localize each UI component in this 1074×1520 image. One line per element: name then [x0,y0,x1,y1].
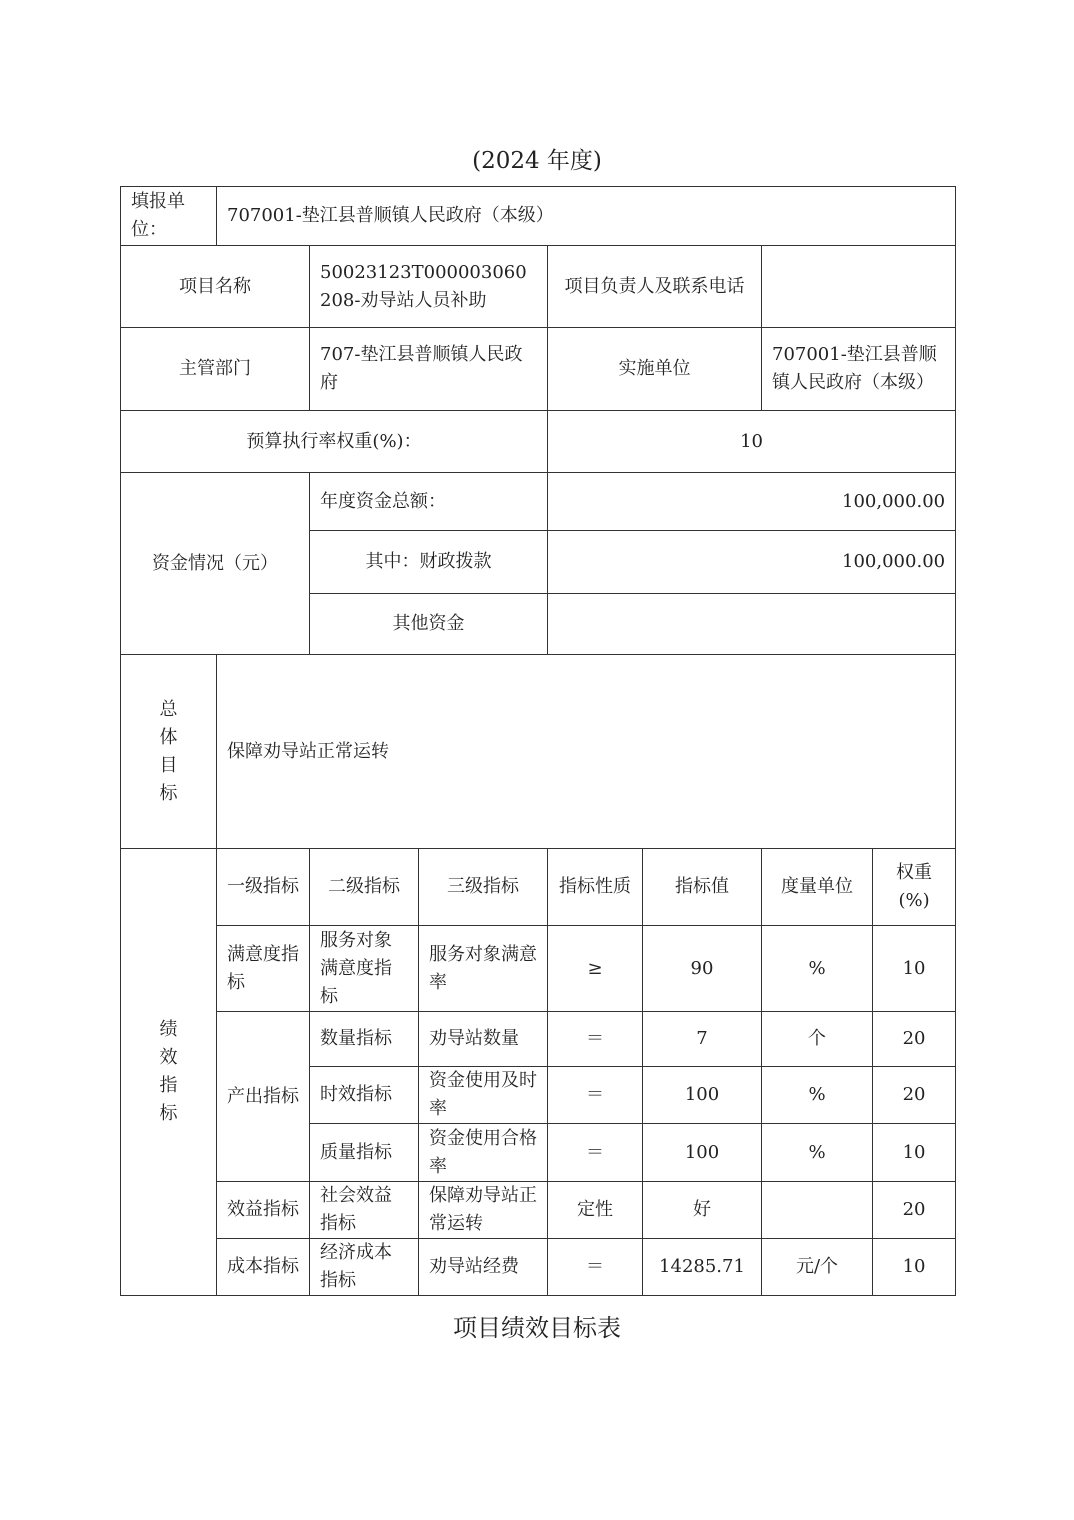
header-l1: 一级指标 [217,849,310,926]
contact-value [762,246,956,328]
department-value: 707-垫江县普顺镇人民政府 [310,328,548,411]
cell-nature: ＝ [548,1124,643,1182]
table-caption: 项目绩效目标表 [0,1308,1074,1343]
table-row: 效益指标 社会效益指标 保障劝导站正常运转 定性 好 20 [121,1182,956,1239]
cell-nature: ≥ [548,926,643,1012]
cell-l3: 保障劝导站正常运转 [419,1182,548,1239]
project-name-value: 50023123T000003060208-劝导站人员补助 [310,246,548,328]
cell-nature: ＝ [548,1239,643,1296]
cell-l2: 时效指标 [310,1067,419,1124]
overall-goal-row: 总体目标 保障劝导站正常运转 [121,655,956,849]
cell-nature: ＝ [548,1012,643,1067]
cell-l1: 产出指标 [217,1012,310,1182]
performance-header-row: 绩效指标 一级指标 二级指标 三级指标 指标性质 指标值 度量单位 权重(%) [121,849,956,926]
table-row: 成本指标 经济成本指标 劝导站经费 ＝ 14285.71 元/个 10 [121,1239,956,1296]
cell-l3: 劝导站数量 [419,1012,548,1067]
cell-value: 14285.71 [643,1239,762,1296]
department-row: 主管部门 707-垫江县普顺镇人民政府 实施单位 707001-垫江县普顺镇人民… [121,328,956,411]
funds-fiscal-value: 100,000.00 [548,531,956,594]
cell-weight: 20 [873,1182,956,1239]
funds-total-value: 100,000.00 [548,473,956,531]
filing-unit-label: 填报单位： [121,187,217,246]
cell-unit: % [762,926,873,1012]
cell-l2: 经济成本指标 [310,1239,419,1296]
cell-value: 90 [643,926,762,1012]
funds-other-label: 其他资金 [310,594,548,655]
table-row: 满意度指标 服务对象满意度指标 服务对象满意率 ≥ 90 % 10 [121,926,956,1012]
cell-l3: 资金使用及时率 [419,1067,548,1124]
cell-l2: 质量指标 [310,1124,419,1182]
funds-label: 资金情况（元） [121,473,310,655]
filing-unit-value: 707001-垫江县普顺镇人民政府（本级） [217,187,956,246]
header-weight: 权重(%) [873,849,956,926]
budget-weight-row: 预算执行率权重(%)： 10 [121,411,956,473]
cell-weight: 10 [873,926,956,1012]
budget-weight-value: 10 [548,411,956,473]
header-l3: 三级指标 [419,849,548,926]
overall-goal-value: 保障劝导站正常运转 [217,655,956,849]
performance-label: 绩效指标 [160,1016,178,1128]
implementer-label: 实施单位 [548,328,762,411]
cell-l1: 成本指标 [217,1239,310,1296]
cell-l3: 资金使用合格率 [419,1124,548,1182]
cell-value: 100 [643,1067,762,1124]
cell-l3: 服务对象满意率 [419,926,548,1012]
cell-value: 7 [643,1012,762,1067]
cell-unit: % [762,1124,873,1182]
cell-nature: 定性 [548,1182,643,1239]
implementer-value: 707001-垫江县普顺镇人民政府（本级） [762,328,956,411]
cell-weight: 10 [873,1124,956,1182]
cell-l2: 数量指标 [310,1012,419,1067]
header-nature: 指标性质 [548,849,643,926]
cell-l3: 劝导站经费 [419,1239,548,1296]
performance-target-table: 填报单位： 707001-垫江县普顺镇人民政府（本级） 项目名称 5002312… [120,186,956,1296]
funds-total-row: 资金情况（元） 年度资金总额： 100,000.00 [121,473,956,531]
year-heading: (2024 年度) [0,142,1074,175]
project-name-label: 项目名称 [121,246,310,328]
header-value: 指标值 [643,849,762,926]
cell-weight: 20 [873,1067,956,1124]
funds-total-label: 年度资金总额： [310,473,548,531]
cell-value: 好 [643,1182,762,1239]
cell-unit: 个 [762,1012,873,1067]
funds-fiscal-label: 其中：财政拨款 [310,531,548,594]
cell-unit: 元/个 [762,1239,873,1296]
project-name-row: 项目名称 50023123T000003060208-劝导站人员补助 项目负责人… [121,246,956,328]
table-row: 产出指标 数量指标 劝导站数量 ＝ 7 个 20 [121,1012,956,1067]
filing-unit-row: 填报单位： 707001-垫江县普顺镇人民政府（本级） [121,187,956,246]
cell-weight: 20 [873,1012,956,1067]
cell-l1: 满意度指标 [217,926,310,1012]
contact-label: 项目负责人及联系电话 [548,246,762,328]
cell-l1: 效益指标 [217,1182,310,1239]
overall-goal-label: 总体目标 [160,696,178,808]
header-l2: 二级指标 [310,849,419,926]
cell-l2: 服务对象满意度指标 [310,926,419,1012]
cell-unit [762,1182,873,1239]
cell-l2: 社会效益指标 [310,1182,419,1239]
cell-weight: 10 [873,1239,956,1296]
cell-nature: ＝ [548,1067,643,1124]
cell-unit: % [762,1067,873,1124]
header-unit: 度量单位 [762,849,873,926]
cell-value: 100 [643,1124,762,1182]
funds-other-value [548,594,956,655]
budget-weight-label: 预算执行率权重(%)： [121,411,548,473]
department-label: 主管部门 [121,328,310,411]
